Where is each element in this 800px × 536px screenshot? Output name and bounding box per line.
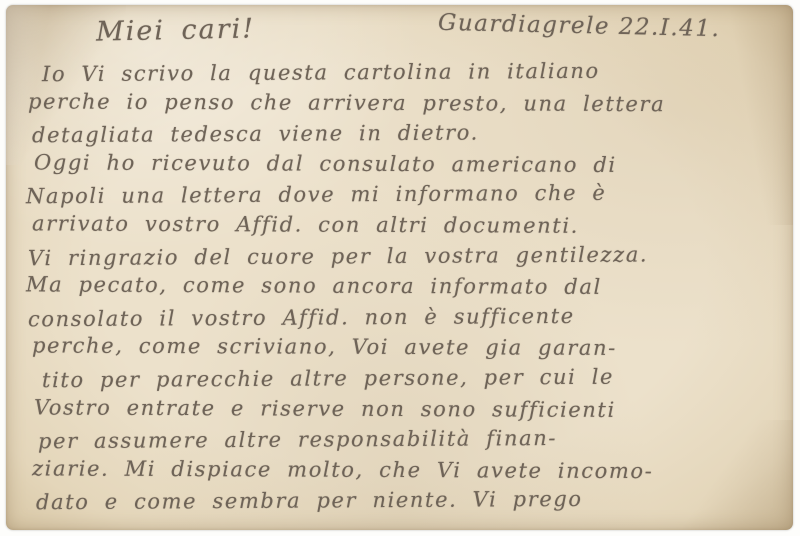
handwritten-line: perche, come scriviano, Voi avete gia ga… [6, 331, 793, 365]
handwritten-line: Vi ringrazio del cuore per la vostra gen… [6, 238, 793, 273]
handwritten-line: per assumere altre responsabilità finan- [6, 422, 793, 457]
handwritten-line: Vostro entrate e riserve non sono suffic… [6, 392, 793, 426]
handwritten-line: Io Vi scrivo la questa cartolina in ital… [6, 55, 793, 90]
handwritten-line: arrivato vostro Affid. con altri documen… [6, 208, 793, 242]
handwritten-line: tito per parecchie altre persone, per cu… [6, 361, 793, 396]
handwritten-line: dato e come sembra per niente. Vi prego [6, 483, 793, 518]
postcard-scan: Miei cari! Guardiagrele 22.I.41. Io Vi s… [6, 5, 793, 530]
handwritten-line: Ma pecato, come sono ancora informato da… [6, 269, 793, 303]
handwritten-line: perche io penso che arrivera presto, una… [6, 86, 793, 120]
handwritten-line: detagliata tedesca viene in dietro. [6, 116, 793, 151]
handwritten-line: ziarie. Mi dispiace molto, che Vi avete … [6, 453, 793, 487]
handwritten-line: Napoli una lettera dove mi informano che… [6, 177, 793, 212]
handwritten-line: consolato il vostro Affid. non è suffice… [6, 299, 793, 334]
salutation: Miei cari! [96, 13, 256, 47]
dateline: Guardiagrele 22.I.41. [438, 10, 721, 42]
handwritten-line: Oggi ho ricevuto dal consulato americano… [6, 147, 793, 181]
letter-body: Io Vi scrivo la questa cartolina in ital… [6, 57, 793, 530]
